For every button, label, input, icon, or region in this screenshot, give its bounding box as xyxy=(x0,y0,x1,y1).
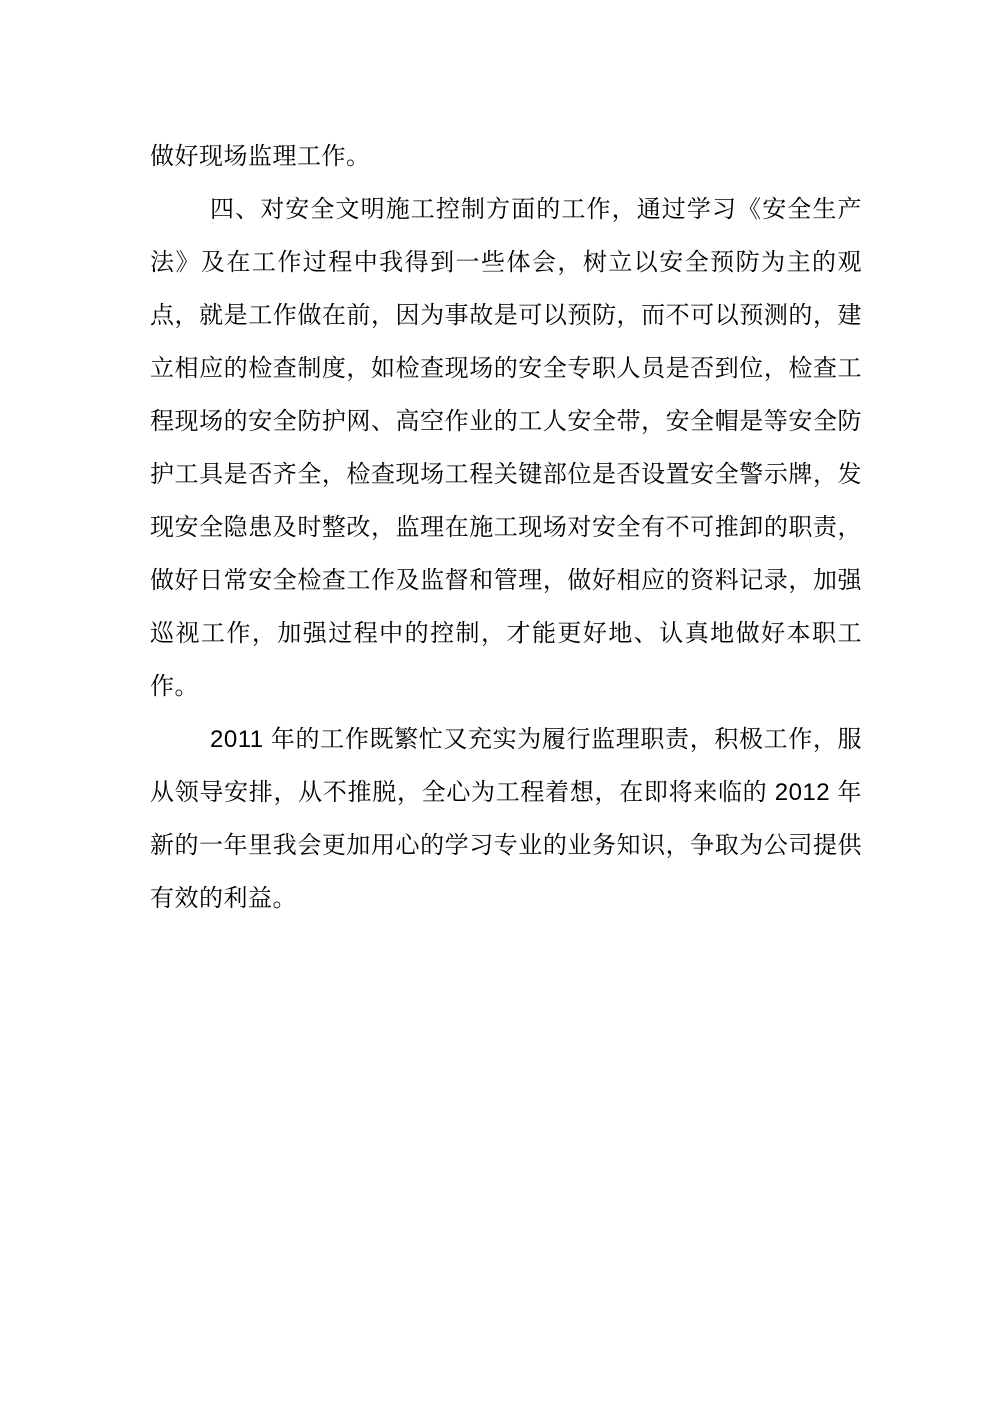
paragraph: 2011 年的工作既繁忙又充实为履行监理职责，积极工作，服从领导安排，从不推脱，… xyxy=(150,713,862,925)
document-body: 做好现场监理工作。 四、对安全文明施工控制方面的工作，通过学习《安全生产法》及在… xyxy=(150,130,862,925)
paragraph: 四、对安全文明施工控制方面的工作，通过学习《安全生产法》及在工作过程中我得到一些… xyxy=(150,183,862,713)
document-page: 做好现场监理工作。 四、对安全文明施工控制方面的工作，通过学习《安全生产法》及在… xyxy=(0,0,1000,1415)
paragraph: 做好现场监理工作。 xyxy=(150,130,862,183)
